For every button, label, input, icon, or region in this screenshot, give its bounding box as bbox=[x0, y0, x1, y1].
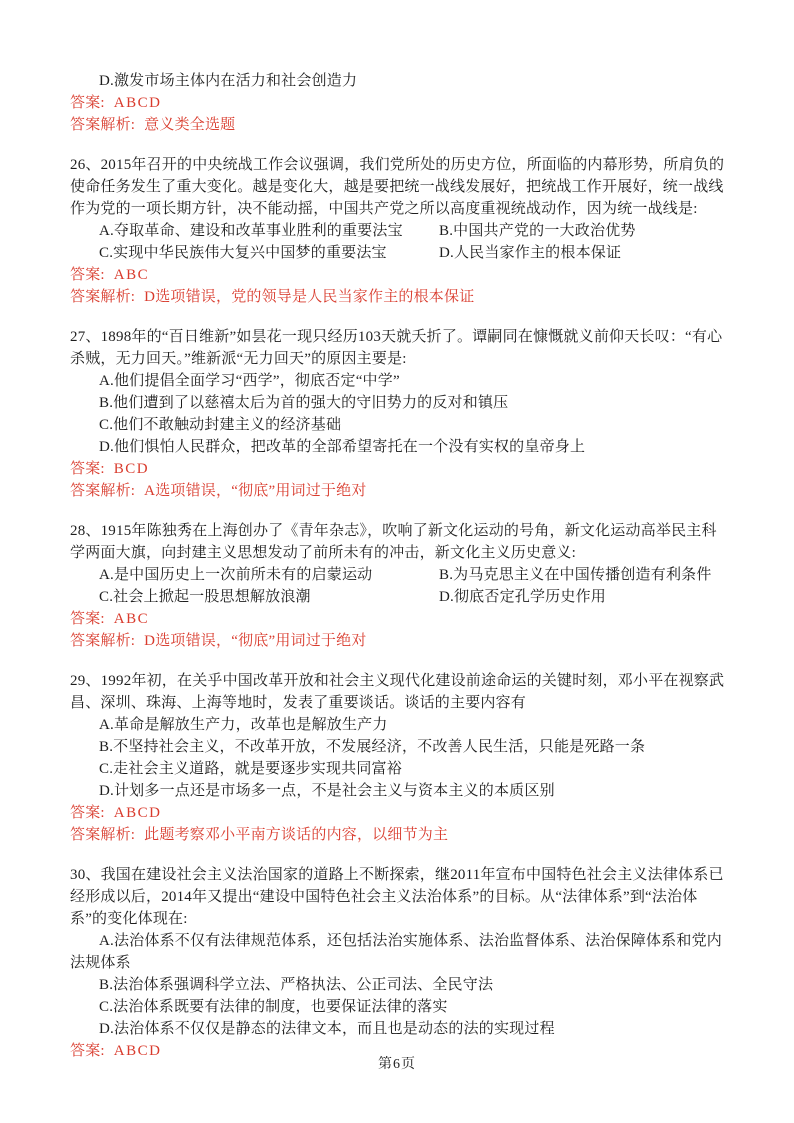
question-block-29: 29、1992年初，在关乎中国改革开放和社会主义现代化建设前途命运的关键时刻，邓… bbox=[70, 670, 728, 846]
answer-value: BCD bbox=[114, 461, 149, 477]
question-block-30: 30、我国在建设社会主义法治国家的道路上不断探索，继2011年宣布中国特色社会主… bbox=[70, 864, 728, 1062]
answer-value: ABC bbox=[114, 267, 149, 283]
analysis-line: 答案解析:此题考察邓小平南方谈话的内容，以细节为主 bbox=[70, 824, 728, 846]
answer-line: 答案:BCD bbox=[70, 458, 728, 480]
answer-value: ABCD bbox=[114, 805, 162, 821]
option-paragraph: A.革命是解放生产力，改革也是解放生产力 bbox=[70, 714, 728, 736]
option-paragraph: D.法治体系不仅仅是静态的法律文本，而且也是动态的法的实现过程 bbox=[70, 1018, 728, 1040]
document-page: D.激发市场主体内在活力和社会创造力 答案:ABCD 答案解析:意义类全选题 2… bbox=[0, 0, 794, 1123]
analysis-label: 答案解析: bbox=[70, 289, 135, 305]
question-stem: 27、1898年的“百日维新”如昙花一现只经历103天就夭折了。谭嗣同在慷慨就义… bbox=[70, 326, 728, 370]
answer-label: 答案: bbox=[70, 95, 105, 111]
page-footer: 第6页 bbox=[0, 1053, 794, 1073]
analysis-label: 答案解析: bbox=[70, 483, 135, 499]
answer-label: 答案: bbox=[70, 611, 105, 627]
option-paragraph: D.计划多一点还是市场多一点，不是社会主义与资本主义的本质区别 bbox=[70, 780, 728, 802]
option-paragraph: B.法治体系强调科学立法、严格执法、公正司法、全民守法 bbox=[70, 974, 728, 996]
answer-line: 答案:ABCD bbox=[70, 802, 728, 824]
option-cell: B.中国共产党的一大政治优势 bbox=[439, 220, 636, 242]
option-cell: A.夺取革命、建设和改革事业胜利的重要法宝 bbox=[99, 220, 439, 242]
page-content: D.激发市场主体内在活力和社会创造力 答案:ABCD 答案解析:意义类全选题 2… bbox=[0, 0, 794, 1062]
option-paragraph: D.激发市场主体内在活力和社会创造力 bbox=[70, 70, 728, 92]
answer-label: 答案: bbox=[70, 805, 105, 821]
analysis-label: 答案解析: bbox=[70, 633, 135, 649]
analysis-line: 答案解析:A选项错误，“彻底”用词过于绝对 bbox=[70, 480, 728, 502]
option-row: C.实现中华民族伟大复兴中国梦的重要法宝D.人民当家作主的根本保证 bbox=[70, 242, 728, 264]
option-cell: D.人民当家作主的根本保证 bbox=[439, 242, 621, 264]
analysis-text: 此题考察邓小平南方谈话的内容，以细节为主 bbox=[144, 827, 448, 843]
question-block-26: 26、2015年召开的中央统战工作会议强调，我们党所处的历史方位，所面临的内幕形… bbox=[70, 154, 728, 308]
option-paragraph: C.法治体系既要有法律的制度，也要保证法律的落实 bbox=[70, 996, 728, 1018]
option-cell: D.彻底否定孔学历史作用 bbox=[439, 586, 606, 608]
analysis-line: 答案解析:D选项错误，党的领导是人民当家作主的根本保证 bbox=[70, 286, 728, 308]
option-paragraph: C.他们不敢触动封建主义的经济基础 bbox=[70, 414, 728, 436]
option-paragraph: B.他们遭到了以慈禧太后为首的强大的守旧势力的反对和镇压 bbox=[70, 392, 728, 414]
option-paragraph: A.他们提倡全面学习“西学”，彻底否定“中学” bbox=[70, 370, 728, 392]
analysis-label: 答案解析: bbox=[70, 827, 135, 843]
option-paragraph: D.他们惧怕人民群众，把改革的全部希望寄托在一个没有实权的皇帝身上 bbox=[70, 436, 728, 458]
answer-value: ABC bbox=[114, 611, 149, 627]
answer-line: 答案:ABCD bbox=[70, 92, 728, 114]
question-block-25-tail: D.激发市场主体内在活力和社会创造力 答案:ABCD 答案解析:意义类全选题 bbox=[70, 70, 728, 136]
analysis-label: 答案解析: bbox=[70, 117, 135, 133]
analysis-text: 意义类全选题 bbox=[144, 117, 235, 133]
option-cell: C.社会上掀起一股思想解放浪潮 bbox=[99, 586, 439, 608]
question-stem: 29、1992年初，在关乎中国改革开放和社会主义现代化建设前途命运的关键时刻，邓… bbox=[70, 670, 728, 714]
option-row: A.夺取革命、建设和改革事业胜利的重要法宝B.中国共产党的一大政治优势 bbox=[70, 220, 728, 242]
option-paragraph: A.法治体系不仅有法律规范体系，还包括法治实施体系、法治监督体系、法治保障体系和… bbox=[70, 930, 728, 974]
question-block-28: 28、1915年陈独秀在上海创办了《青年杂志》，吹响了新文化运动的号角，新文化运… bbox=[70, 520, 728, 652]
option-paragraph: C.走社会主义道路，就是要逐步实现共同富裕 bbox=[70, 758, 728, 780]
analysis-text: D选项错误，“彻底”用词过于绝对 bbox=[144, 633, 366, 649]
analysis-line: 答案解析:意义类全选题 bbox=[70, 114, 728, 136]
option-row: C.社会上掀起一股思想解放浪潮D.彻底否定孔学历史作用 bbox=[70, 586, 728, 608]
option-cell: A.是中国历史上一次前所未有的启蒙运动 bbox=[99, 564, 439, 586]
answer-label: 答案: bbox=[70, 461, 105, 477]
answer-line: 答案:ABC bbox=[70, 608, 728, 630]
answer-value: ABCD bbox=[114, 95, 162, 111]
question-block-27: 27、1898年的“百日维新”如昙花一现只经历103天就夭折了。谭嗣同在慷慨就义… bbox=[70, 326, 728, 502]
question-stem: 28、1915年陈独秀在上海创办了《青年杂志》，吹响了新文化运动的号角，新文化运… bbox=[70, 520, 728, 564]
answer-line: 答案:ABC bbox=[70, 264, 728, 286]
analysis-line: 答案解析:D选项错误，“彻底”用词过于绝对 bbox=[70, 630, 728, 652]
option-paragraph: B.不坚持社会主义，不改革开放，不发展经济，不改善人民生活，只能是死路一条 bbox=[70, 736, 728, 758]
question-stem: 26、2015年召开的中央统战工作会议强调，我们党所处的历史方位，所面临的内幕形… bbox=[70, 154, 728, 220]
analysis-text: D选项错误，党的领导是人民当家作主的根本保证 bbox=[144, 289, 474, 305]
option-row: A.是中国历史上一次前所未有的启蒙运动B.为马克思主义在中国传播创造有利条件 bbox=[70, 564, 728, 586]
option-cell: C.实现中华民族伟大复兴中国梦的重要法宝 bbox=[99, 242, 439, 264]
option-cell: B.为马克思主义在中国传播创造有利条件 bbox=[439, 564, 712, 586]
question-stem: 30、我国在建设社会主义法治国家的道路上不断探索，继2011年宣布中国特色社会主… bbox=[70, 864, 728, 930]
analysis-text: A选项错误，“彻底”用词过于绝对 bbox=[144, 483, 366, 499]
answer-label: 答案: bbox=[70, 267, 105, 283]
